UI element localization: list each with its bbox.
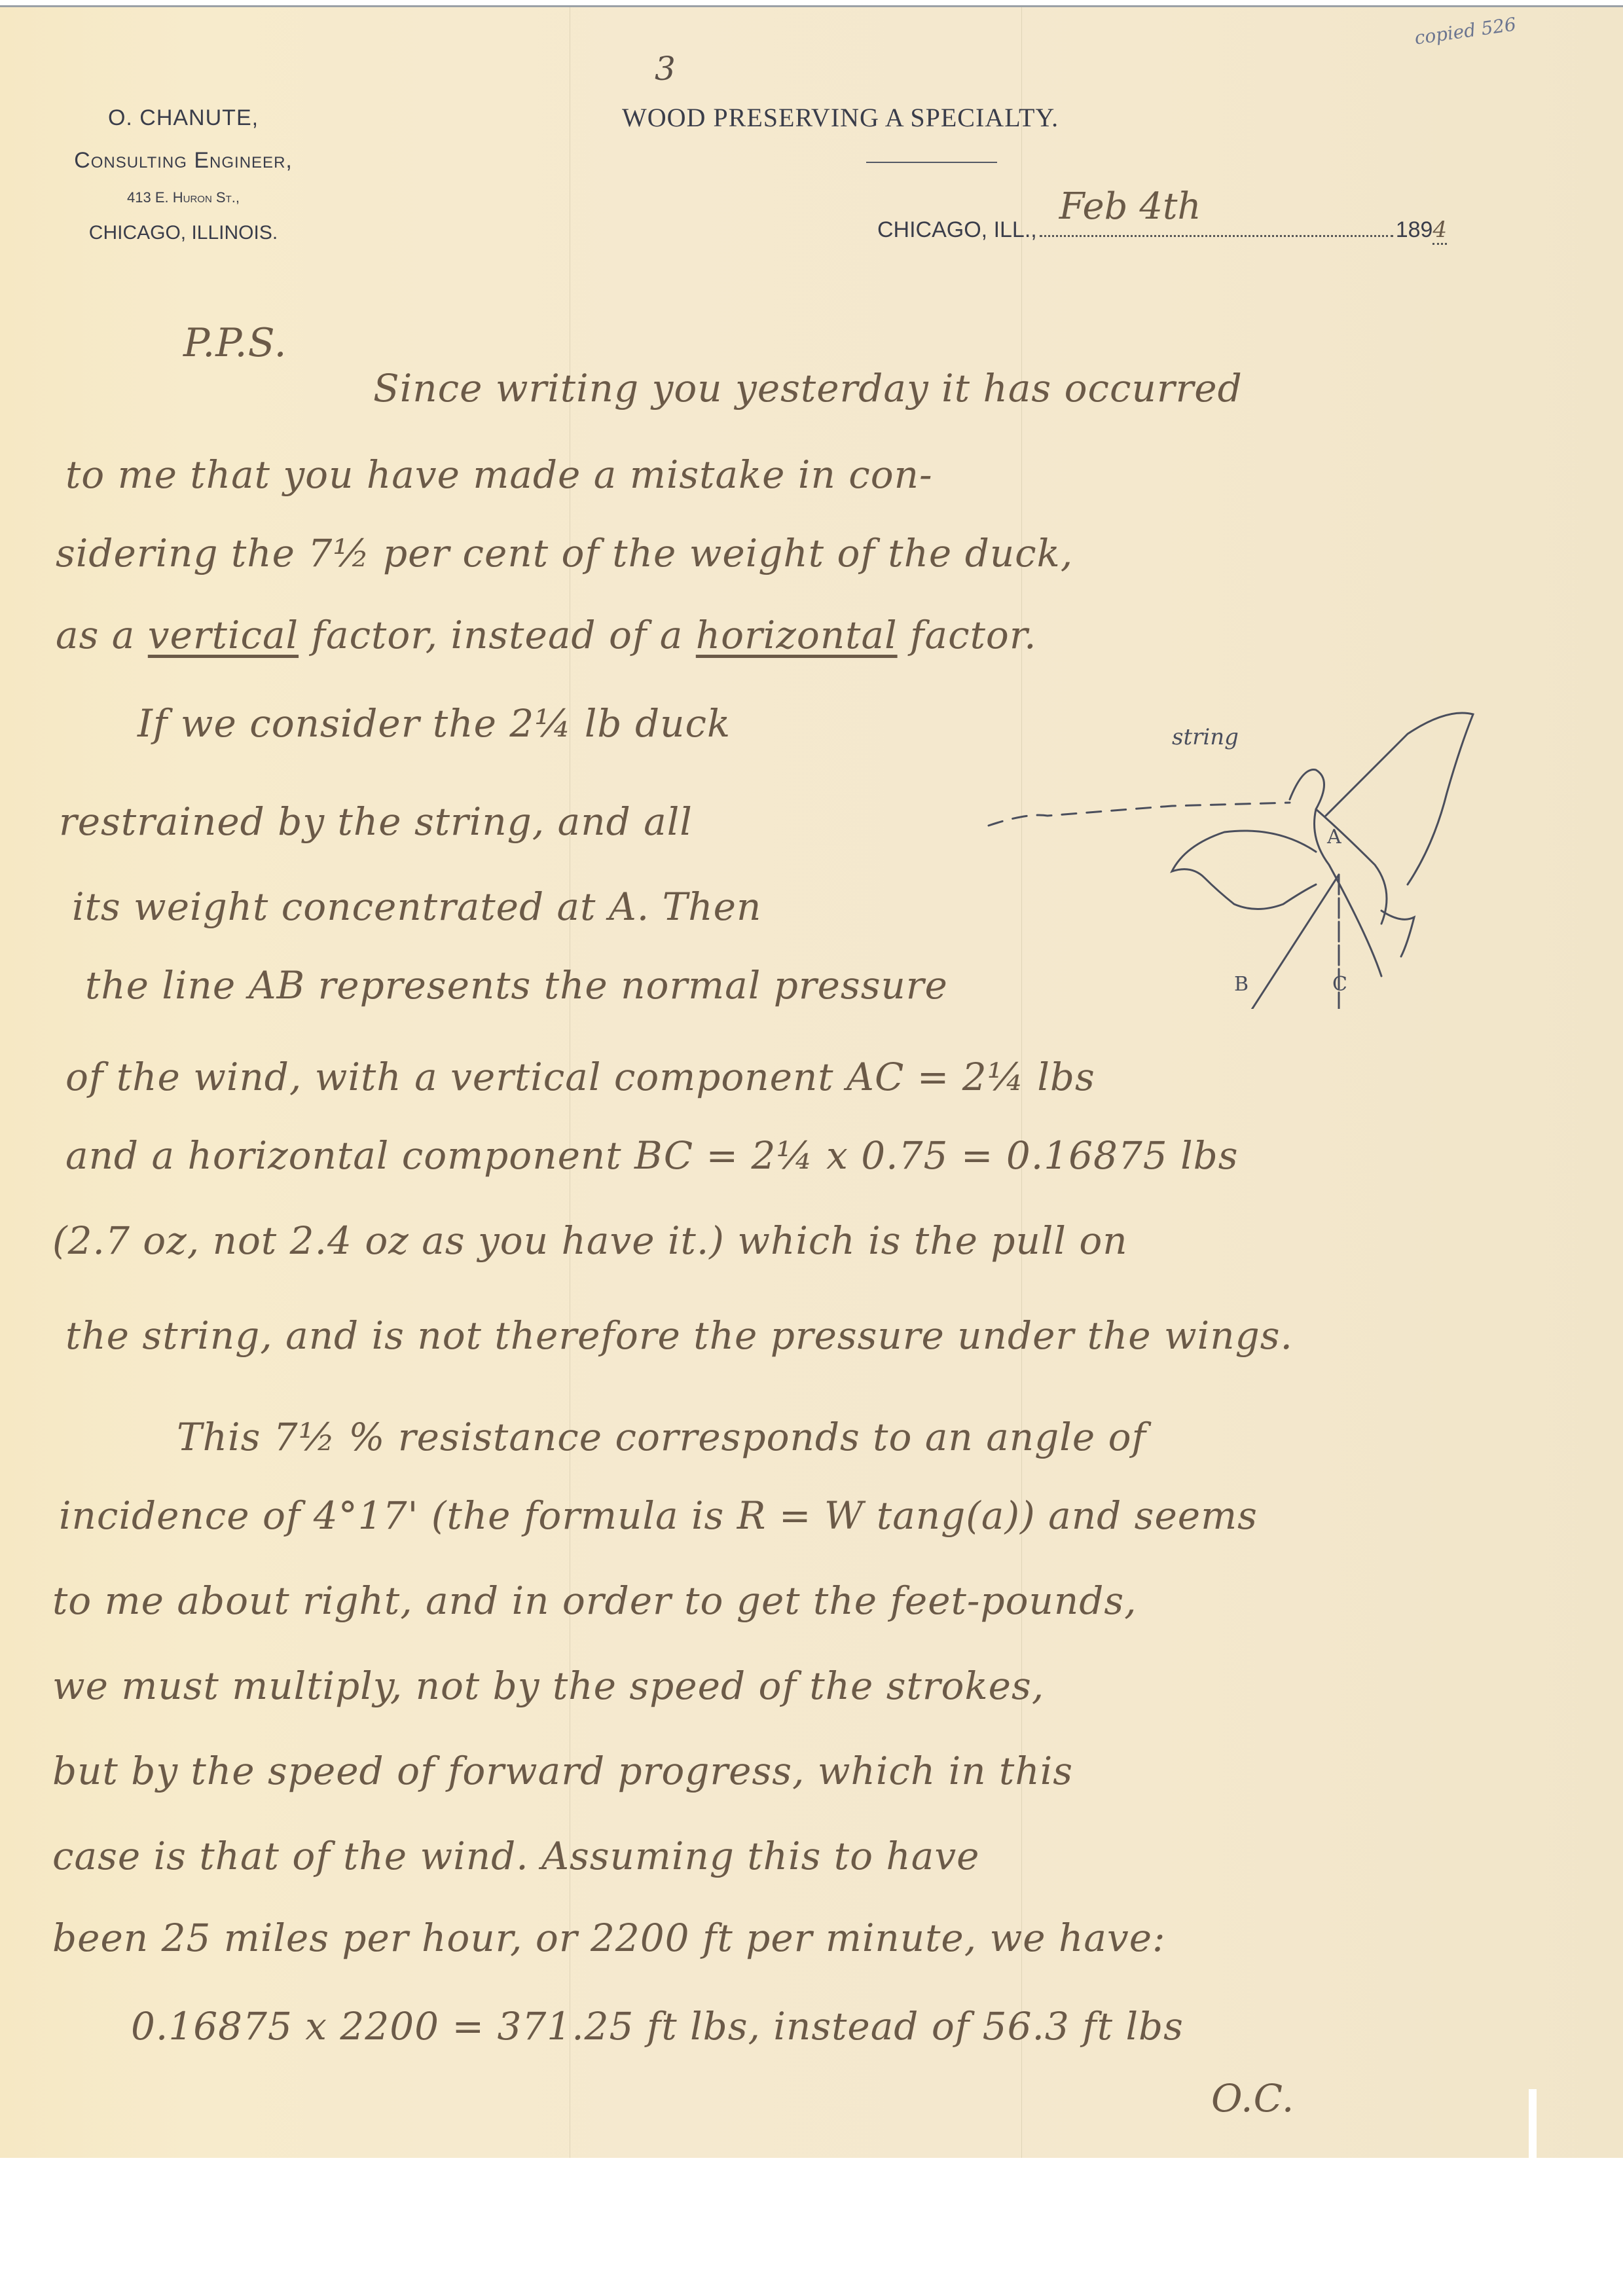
- body-line: we must multiply, not by the speed of th…: [52, 1664, 1044, 1708]
- letterhead-rule: [866, 162, 997, 163]
- date-line: CHICAGO, ILL., Feb 4th 1894: [877, 217, 1447, 245]
- body-line: been 25 miles per hour, or 2200 ft per m…: [52, 1916, 1166, 1960]
- body-line: case is that of the wind. Assuming this …: [52, 1834, 979, 1878]
- archive-note: copied 526: [1413, 13, 1517, 48]
- letterhead-address: 413 E. Huron St.,: [39, 189, 327, 206]
- salutation: P.P.S.: [183, 320, 287, 366]
- body-line: sidering the 7½ per cent of the weight o…: [56, 531, 1073, 575]
- underlined-word: vertical: [148, 613, 299, 657]
- body-line: This 7½ % resistance corresponds to an a…: [177, 1415, 1146, 1459]
- body-line: 0.16875 x 2200 = 371.25 ft lbs, instead …: [131, 2004, 1184, 2049]
- body-line: (2.7 oz, not 2.4 oz as you have it.) whi…: [52, 1218, 1128, 1263]
- body-line: the line AB represents the normal pressu…: [85, 963, 948, 1008]
- body-line: of the wind, with a vertical component A…: [65, 1055, 1095, 1099]
- date-blank: Feb 4th: [1040, 217, 1393, 237]
- date-handwritten: Feb 4th: [1059, 185, 1201, 228]
- body-line: but by the speed of forward progress, wh…: [52, 1749, 1073, 1793]
- body-line: If we consider the 2¼ lb duck: [137, 701, 731, 746]
- letterhead-motto: WOOD PRESERVING A SPECIALTY.: [622, 102, 1059, 133]
- point-c-label: C: [1332, 973, 1347, 996]
- body-line: to me that you have made a mistake in co…: [65, 452, 933, 497]
- letterhead-title: Consulting Engineer,: [39, 148, 327, 173]
- body-line: restrained by the string, and all: [59, 799, 693, 844]
- body-line: to me about right, and in order to get t…: [52, 1578, 1137, 1623]
- letterhead-city: CHICAGO, ILLINOIS.: [39, 222, 327, 244]
- body-line: as a vertical factor, instead of a horiz…: [56, 613, 1037, 657]
- body-line: and a horizontal component BC = 2¼ x 0.7…: [65, 1133, 1239, 1178]
- year-printed: 189: [1396, 217, 1433, 243]
- body-line: the string, and is not therefore the pre…: [65, 1313, 1293, 1358]
- point-b-label: B: [1234, 973, 1249, 996]
- body-line: Since writing you yesterday it has occur…: [373, 366, 1243, 410]
- year-handwritten: 4: [1432, 217, 1447, 245]
- underlined-word: horizontal: [696, 613, 898, 657]
- body-line: its weight concentrated at A. Then: [72, 884, 761, 929]
- signature: O.C.: [1211, 2076, 1294, 2121]
- page-number: 3: [655, 50, 676, 88]
- string-label: string: [1172, 724, 1239, 750]
- duck-force-diagram: string A B C: [976, 695, 1552, 1009]
- letter-sheet: 3 copied 526 O. CHANUTE, Consulting Engi…: [0, 5, 1623, 2158]
- point-a-label: A: [1327, 826, 1341, 848]
- date-prefix: CHICAGO, ILL.,: [877, 217, 1037, 243]
- letterhead-name: O. CHANUTE,: [39, 105, 327, 131]
- duck-sketch-icon: [976, 695, 1552, 1009]
- body-line: incidence of 4°17' (the formula is R = W…: [59, 1493, 1258, 1538]
